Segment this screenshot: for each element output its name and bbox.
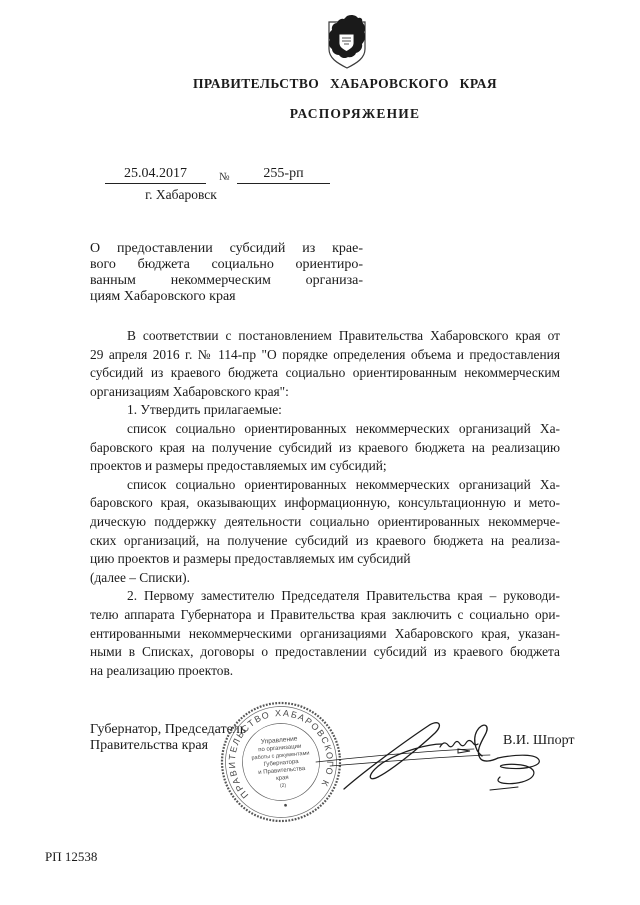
coat-of-arms-icon bbox=[320, 14, 374, 72]
org-name: ПРАВИТЕЛЬСТВО ХАБАРОВСКОГО КРАЯ bbox=[70, 76, 620, 92]
body-line: телю аппарата Губернатора и Правительств… bbox=[90, 606, 560, 625]
body-line: 29 апреля 2016 г. № 114-пр "О порядке оп… bbox=[90, 346, 560, 365]
body-line: список социально ориентированных некомме… bbox=[90, 476, 560, 495]
body-line: ских организаций, на получение субсидий … bbox=[90, 532, 560, 551]
body-line: баровского края на получение субсидий из… bbox=[90, 439, 560, 458]
body-line: организациям Хабаровского края": bbox=[90, 383, 560, 402]
body-line: баровского края, оказывающих информацион… bbox=[90, 494, 560, 513]
stamp-center-line: (2) bbox=[280, 783, 287, 790]
doc-number: 255-рп bbox=[237, 166, 330, 184]
body-line: В соответствии с постановлением Правител… bbox=[90, 327, 560, 346]
body-line: ными в Списках, договоры о предоставлени… bbox=[90, 643, 560, 662]
doc-city: г. Хабаровск bbox=[116, 187, 246, 203]
body-line: цию проектов и размеры предоставляемых и… bbox=[90, 550, 560, 569]
doc-type-title: РАСПОРЯЖЕНИЕ bbox=[80, 106, 630, 122]
handwritten-signature bbox=[340, 700, 560, 800]
doc-date: 25.04.2017 bbox=[105, 166, 206, 184]
body-line: 2. Первому заместителю Председателя Прав… bbox=[90, 587, 560, 606]
body-line: на реализацию проектов. bbox=[90, 662, 560, 681]
document-page: ПРАВИТЕЛЬСТВО ХАБАРОВСКОГО КРАЯ РАСПОРЯЖ… bbox=[0, 0, 640, 905]
doc-body: В соответствии с постановлением Правител… bbox=[90, 327, 560, 680]
number-sign: № bbox=[219, 171, 230, 183]
subject-line: циям Хабаровского края bbox=[90, 289, 363, 305]
subject-line: ванным некоммерческим организа- bbox=[90, 273, 363, 289]
subject-line: О предоставлении субсидий из крае- bbox=[90, 241, 363, 257]
body-line: 1. Утвердить прилагаемые: bbox=[90, 401, 560, 420]
body-line: ентированными некоммерческими организаци… bbox=[90, 625, 560, 644]
doc-subject: О предоставлении субсидий из крае- вого … bbox=[90, 241, 363, 305]
doc-registry-id: РП 12538 bbox=[45, 849, 97, 865]
subject-line: вого бюджета социально ориентиро- bbox=[90, 257, 363, 273]
official-stamp: ПРАВИТЕЛЬСТВО ХАБАРОВСКОГО КРАЯ Управлен… bbox=[219, 700, 343, 824]
body-line: список социально ориентированных некомме… bbox=[90, 420, 560, 439]
body-line: дическую поддержку деятельности социальн… bbox=[90, 513, 560, 532]
body-line: субсидий из краевого бюджета социально о… bbox=[90, 364, 560, 383]
body-line: (далее – Списки). bbox=[90, 569, 560, 588]
body-line: проектов и размеры предоставляемых им су… bbox=[90, 457, 560, 476]
stamp-center-line: края bbox=[276, 775, 289, 782]
